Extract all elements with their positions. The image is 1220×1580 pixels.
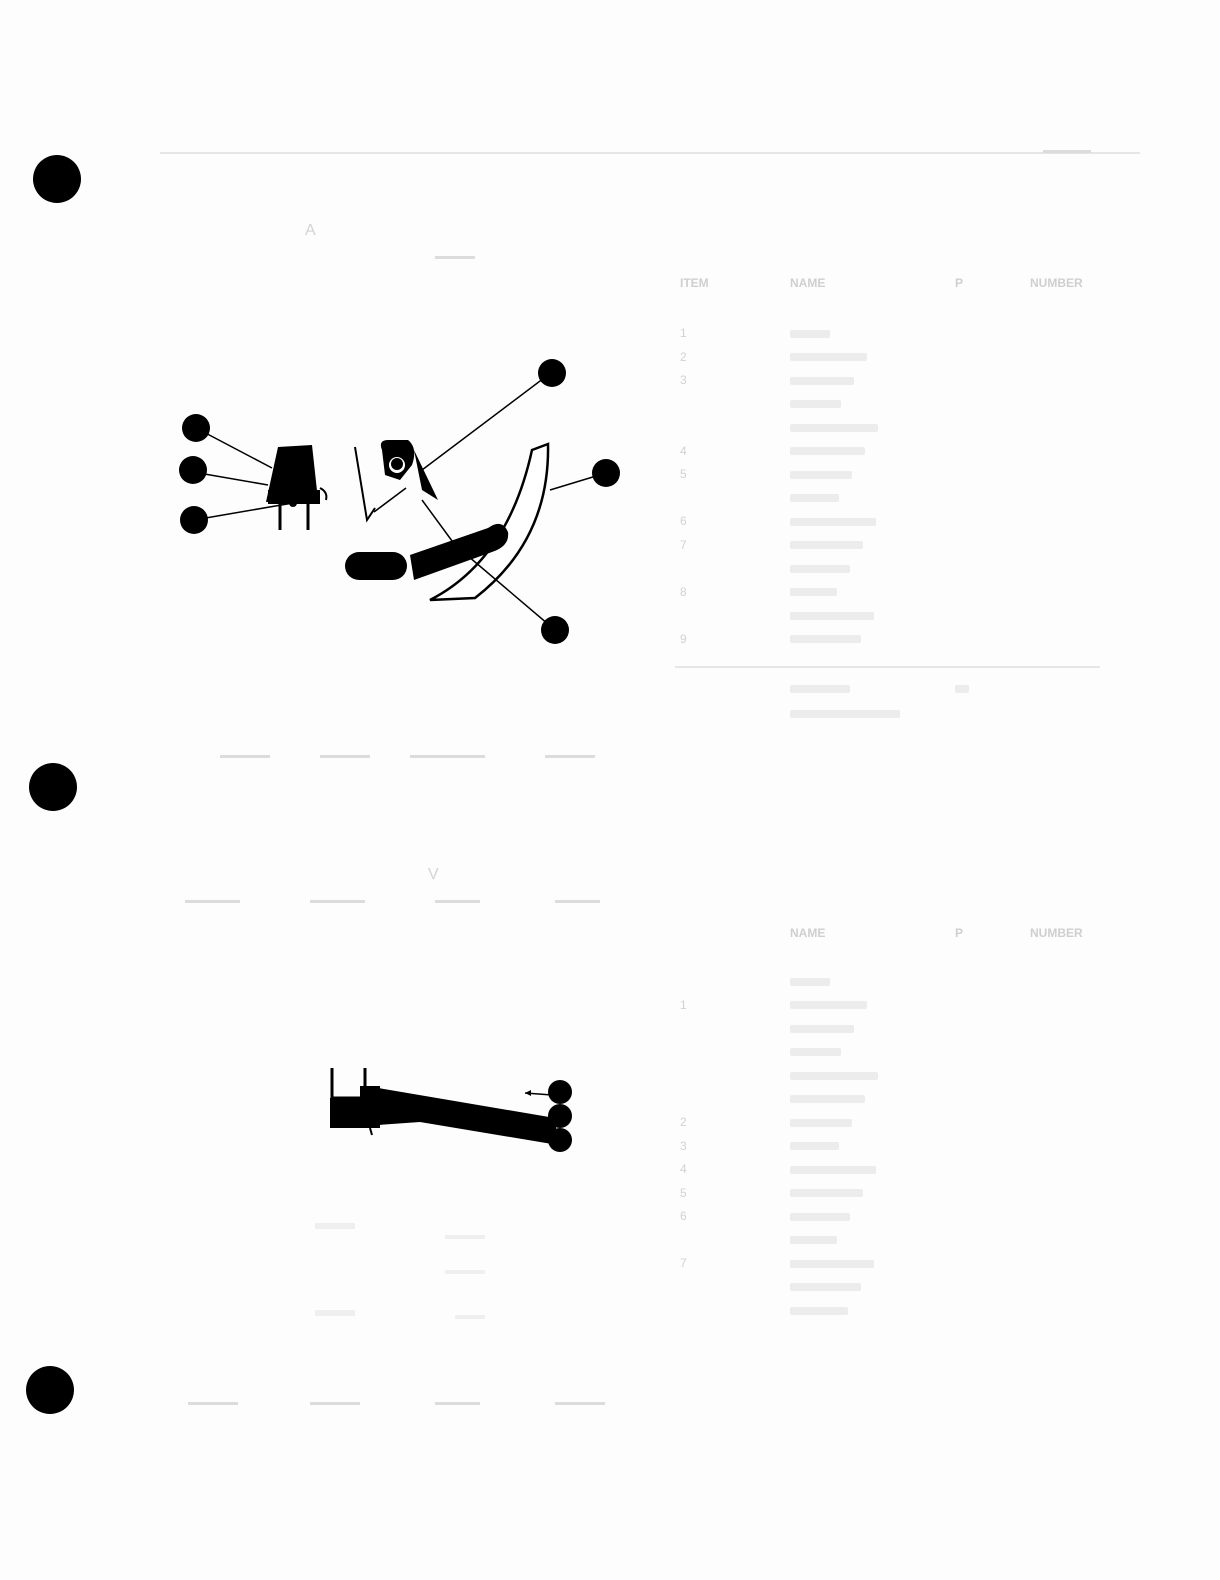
table-footer-row (660, 681, 1100, 703)
cell-name (790, 420, 960, 434)
cell-name (790, 538, 960, 552)
table-footer-row (660, 706, 1100, 728)
cell-name (790, 1139, 960, 1153)
table-row (660, 397, 1100, 419)
table-row (660, 1280, 1100, 1302)
callout-circle (548, 1080, 572, 1104)
cell-item: 2 (680, 350, 720, 364)
cell-item: 3 (680, 373, 720, 387)
table-rule (675, 666, 1100, 668)
table-row: 9 (660, 632, 1100, 654)
table-row (660, 1092, 1100, 1114)
table-row: 1 (660, 998, 1100, 1020)
upper-section-rule (160, 755, 610, 761)
header-accent (1043, 150, 1091, 153)
callout-circle (541, 616, 569, 644)
cell-item: 5 (680, 467, 720, 481)
col-header-number: NUMBER (1030, 926, 1110, 940)
table-row (660, 974, 1100, 996)
table-row: 3 (660, 1139, 1100, 1161)
bracket-part (355, 440, 438, 520)
upper-exploded-diagram (160, 340, 630, 660)
table-row: 4 (660, 444, 1100, 466)
table-row (660, 1045, 1100, 1067)
cell-item: 3 (680, 1139, 720, 1153)
table-row: 7 (660, 538, 1100, 560)
callout-leaders (193, 372, 606, 630)
table-row (660, 420, 1100, 442)
lower-spec-block (305, 1215, 565, 1350)
cell-name (790, 326, 960, 340)
cell-item: 1 (680, 998, 720, 1012)
cell-name (790, 373, 960, 387)
punch-hole-top (33, 155, 81, 203)
table-row: 3 (660, 373, 1100, 395)
cell-name (790, 998, 960, 1012)
cell-name (790, 1068, 960, 1082)
footer-name (790, 681, 960, 695)
cell-name (790, 1162, 960, 1176)
cell-name (790, 1303, 960, 1317)
table-row (660, 561, 1100, 583)
col-header-item: ITEM (680, 276, 720, 290)
callout-circle (592, 459, 620, 487)
col-header-number: NUMBER (1030, 276, 1110, 290)
title-fragment: V (428, 866, 439, 884)
cell-name (790, 632, 960, 646)
table-row: 6 (660, 1209, 1100, 1231)
table-row (660, 1021, 1100, 1043)
cell-name (790, 1233, 960, 1247)
callout-circle (180, 506, 208, 534)
cell-item: 6 (680, 514, 720, 528)
cell-name (790, 974, 960, 988)
cell-name (790, 1021, 960, 1035)
title-fragment: A (305, 222, 316, 240)
lower-section-title: V (160, 862, 620, 912)
extending-arm-part (378, 1088, 558, 1145)
footer-name (790, 706, 960, 720)
cell-name (790, 1256, 960, 1270)
col-header-qty: P (955, 276, 995, 290)
table-row: 5 (660, 467, 1100, 489)
table-row: 2 (660, 1115, 1100, 1137)
housing-part (266, 445, 326, 530)
lower-parts-table: NAME P NUMBER 1234567 (660, 926, 1110, 1346)
table-row: 8 (660, 585, 1100, 607)
cell-name (790, 1186, 960, 1200)
curved-guard-part (430, 444, 548, 600)
table-row (660, 608, 1100, 630)
callout-circle (182, 414, 210, 442)
cell-item: 5 (680, 1186, 720, 1200)
table-row (660, 491, 1100, 513)
table-row: 5 (660, 1186, 1100, 1208)
table-row: 4 (660, 1162, 1100, 1184)
mounting-bracket-part (330, 1068, 380, 1135)
col-header-name: NAME (790, 276, 960, 290)
cell-item: 8 (680, 585, 720, 599)
punch-hole-bottom (26, 1366, 74, 1414)
table-row: 2 (660, 350, 1100, 372)
cell-item: 9 (680, 632, 720, 646)
col-header-qty: P (955, 926, 995, 940)
table-row (660, 1303, 1100, 1325)
cell-name (790, 514, 960, 528)
callout-circle (548, 1128, 572, 1152)
cell-name (790, 585, 960, 599)
table-row (660, 1068, 1100, 1090)
cell-name (790, 608, 960, 622)
cell-name (790, 397, 960, 411)
table-header: NAME P NUMBER (660, 926, 1100, 948)
cell-name (790, 1280, 960, 1294)
cell-item: 7 (680, 1256, 720, 1270)
cell-name (790, 467, 960, 481)
table-row (660, 1233, 1100, 1255)
header-rule (160, 152, 1140, 154)
cell-name (790, 1092, 960, 1106)
upper-parts-table: ITEM NAME P NUMBER 123456789 (660, 276, 1110, 726)
cell-name (790, 444, 960, 458)
upper-section-title: A (165, 218, 625, 268)
cell-item: 1 (680, 326, 720, 340)
table-row: 6 (660, 514, 1100, 536)
cell-item: 4 (680, 444, 720, 458)
lower-bracket-diagram (290, 1000, 590, 1170)
lower-section-rule (160, 1402, 610, 1408)
cell-item: 7 (680, 538, 720, 552)
table-header: ITEM NAME P NUMBER (660, 276, 1100, 298)
table-row: 7 (660, 1256, 1100, 1278)
table-row: 1 (660, 326, 1100, 348)
callout-circle (538, 359, 566, 387)
cell-item: 6 (680, 1209, 720, 1223)
cell-item: 2 (680, 1115, 720, 1129)
callout-circle (179, 456, 207, 484)
page-header (160, 60, 1140, 160)
cell-name (790, 491, 960, 505)
cell-name (790, 350, 960, 364)
col-header-name: NAME (790, 926, 960, 940)
punch-hole-middle (29, 763, 77, 811)
cell-item: 4 (680, 1162, 720, 1176)
cell-name (790, 1045, 960, 1059)
cell-name (790, 1115, 960, 1129)
footer-qty (955, 681, 995, 695)
cell-name (790, 561, 960, 575)
title-underline (435, 256, 475, 259)
callout-circle (548, 1104, 572, 1128)
cell-name (790, 1209, 960, 1223)
